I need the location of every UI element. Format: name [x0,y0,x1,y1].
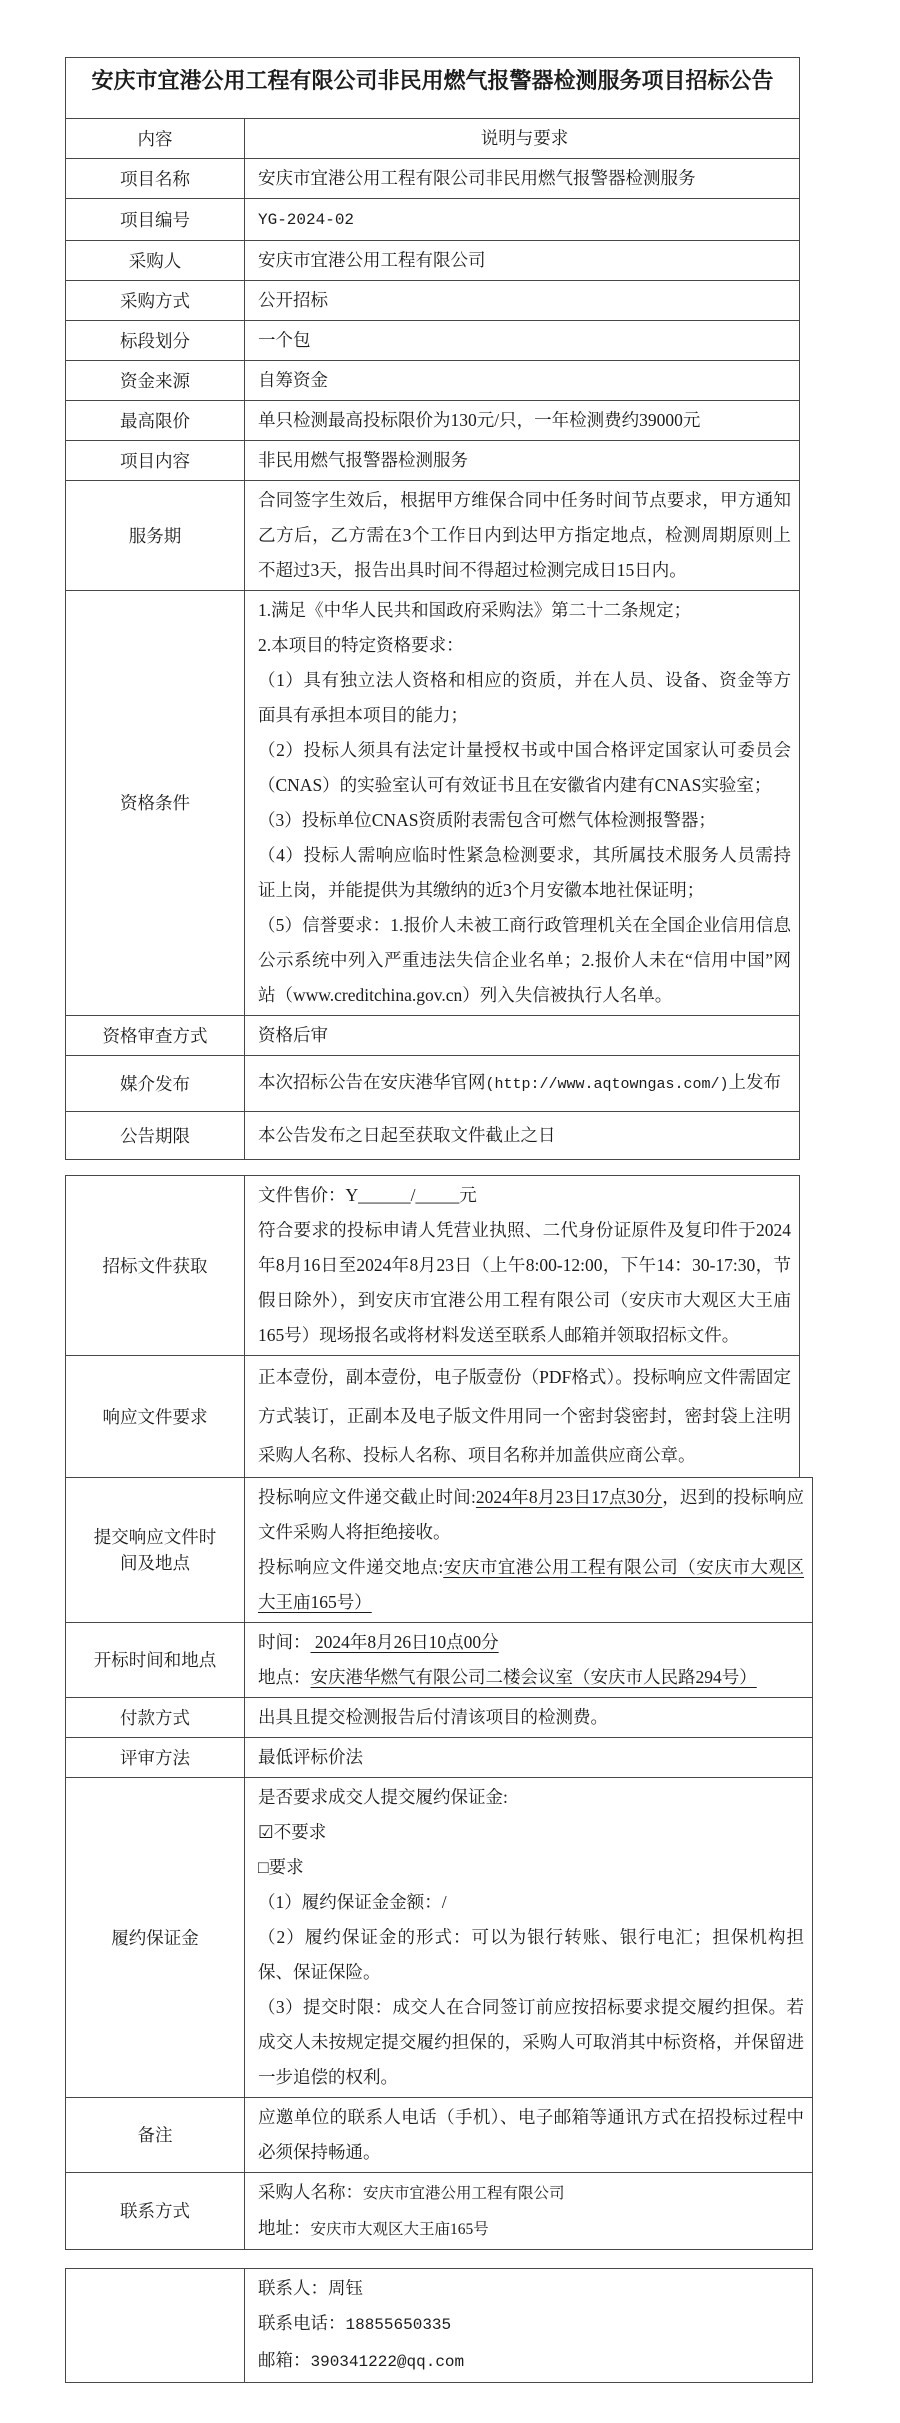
row-label: 开标时间和地点 [66,1623,245,1697]
cell-text: 文件售价：Y______/_____元 符合要求的投标申请人凭营业执照、二代身份… [258,1178,791,1353]
row-value: 最低评标价法 [245,1738,812,1777]
row-label: 响应文件要求 [66,1356,245,1477]
row-label: 评审方法 [66,1738,245,1777]
cell-text: 出具且提交检测报告后付清该项目的检测费。 [258,1700,804,1735]
bidding-procedure-table-upper: 招标文件获取 文件售价：Y______/_____元 符合要求的投标申请人凭营业… [65,1175,800,1478]
row-value: 联系人：周钰 联系电话：18855650335 邮箱：390341222@qq.… [245,2269,812,2382]
cell-text: 本公告发布之日起至获取文件截止之日 [258,1118,791,1153]
row-contact-person: 联系人：周钰 联系电话：18855650335 邮箱：390341222@qq.… [66,2269,812,2382]
purchaser-name-line: 采购人名称：安庆市宜港公用工程有限公司 [258,2175,804,2211]
row-max-price: 最高限价 单只检测最高投标限价为130元/只，一年检测费约39000元 [66,400,799,440]
row-submission-time-place: 提交响应文件时 间及地点 投标响应文件递交截止时间:2024年8月23日17点3… [66,1478,812,1622]
row-project-name: 项目名称 安庆市宜港公用工程有限公司非民用燃气报警器检测服务 [66,158,799,198]
row-project-number: 项目编号 YG-2024-02 [66,198,799,240]
contact-person-table: 联系人：周钰 联系电话：18855650335 邮箱：390341222@qq.… [65,2268,813,2383]
contact-person-label: 联系人： [258,2278,328,2298]
row-label: 公告期限 [66,1112,245,1159]
row-payment-method: 付款方式 出具且提交检测报告后付清该项目的检测费。 [66,1697,812,1737]
row-label: 最高限价 [66,401,245,440]
row-label: 项目内容 [66,441,245,480]
row-label: 服务期 [66,481,245,590]
cell-text: 安庆市宜港公用工程有限公司 [258,243,791,278]
row-value: 资格后审 [245,1016,799,1055]
row-label: 资格审查方式 [66,1016,245,1055]
row-label: 媒介发布 [66,1056,245,1111]
contact-phone-line: 联系电话：18855650335 [258,2306,804,2343]
document-title-row: 安庆市宜港公用工程有限公司非民用燃气报警器检测服务项目招标公告 [66,58,799,118]
main-info-table: 安庆市宜港公用工程有限公司非民用燃气报警器检测服务项目招标公告 内容 说明与要求… [65,57,800,1160]
contact-email-label: 邮箱： [258,2350,311,2370]
row-label: 标段划分 [66,321,245,360]
row-value: 应邀单位的联系人电话（手机）、电子邮箱等通讯方式在招投标过程中必须保持畅通。 [245,2098,812,2172]
empty-label-cell [66,2269,245,2382]
cell-text: 非民用燃气报警器检测服务 [258,443,791,478]
table-header-row: 内容 说明与要求 [66,118,799,158]
row-purchaser: 采购人 安庆市宜港公用工程有限公司 [66,240,799,280]
row-qualification-requirements: 资格条件 1.满足《中华人民共和国政府采购法》第二十二条规定； 2.本项目的特定… [66,590,799,1015]
row-value: 非民用燃气报警器检测服务 [245,441,799,480]
contact-phone-value: 18855650335 [346,2316,452,2334]
media-text-suffix: 上发布 [729,1072,782,1092]
bidding-procedure-table-lower: 提交响应文件时 间及地点 投标响应文件递交截止时间:2024年8月23日17点3… [65,1477,813,2250]
contact-person-line: 联系人：周钰 [258,2271,804,2306]
row-value: 合同签字生效后，根据甲方维保合同中任务时间节点要求，甲方通知乙方后，乙方需在3个… [245,481,799,590]
row-value: 一个包 [245,321,799,360]
contact-email-line: 邮箱：390341222@qq.com [258,2343,804,2380]
purchaser-address-line: 地址：安庆市大观区大王庙165号 [258,2211,804,2247]
row-value: 正本壹份，副本壹份，电子版壹份（PDF格式）。投标响应文件需固定方式装订，正副本… [245,1356,799,1477]
submission-deadline: 2024年8月23日17点30分 [476,1487,662,1507]
row-value: 本次招标公告在安庆港华官网(http://www.aqtowngas.com/)… [245,1056,799,1111]
row-procurement-method: 采购方式 公开招标 [66,280,799,320]
row-service-period: 服务期 合同签字生效后，根据甲方维保合同中任务时间节点要求，甲方通知乙方后，乙方… [66,480,799,590]
row-value: 单只检测最高投标限价为130元/只，一年检测费约39000元 [245,401,799,440]
row-value: 安庆市宜港公用工程有限公司 [245,241,799,280]
contact-phone-label: 联系电话： [258,2313,346,2333]
purchaser-address-label: 地址： [258,2218,311,2238]
bid-opening-time: 2024年8月26日10点00分 [311,1632,499,1652]
document-title: 安庆市宜港公用工程有限公司非民用燃气报警器检测服务项目招标公告 [66,58,799,118]
row-project-content: 项目内容 非民用燃气报警器检测服务 [66,440,799,480]
row-value: 文件售价：Y______/_____元 符合要求的投标申请人凭营业执照、二代身份… [245,1176,799,1355]
cell-text: 投标响应文件递交截止时间:2024年8月23日17点30分，迟到的投标响应文件采… [258,1480,804,1620]
cell-text: 资格后审 [258,1018,791,1053]
contact-email-value: 390341222@qq.com [311,2353,465,2371]
official-website-url: (http://www.aqtowngas.com/) [486,1076,729,1093]
bid-opening-time-line: 时间： 2024年8月26日10点00分 [258,1625,804,1660]
purchaser-name-label: 采购人名称： [258,2182,363,2202]
cell-text: 一个包 [258,323,791,358]
row-label: 备注 [66,2098,245,2172]
purchaser-name-value: 安庆市宜港公用工程有限公司 [363,2185,565,2202]
row-contact-info: 联系方式 采购人名称：安庆市宜港公用工程有限公司 地址：安庆市大观区大王庙165… [66,2172,812,2249]
row-remarks: 备注 应邀单位的联系人电话（手机）、电子邮箱等通讯方式在招投标过程中必须保持畅通… [66,2097,812,2172]
row-value: 自筹资金 [245,361,799,400]
row-value: 投标响应文件递交截止时间:2024年8月23日17点30分，迟到的投标响应文件采… [245,1478,812,1622]
row-media-publication: 媒介发布 本次招标公告在安庆港华官网(http://www.aqtowngas.… [66,1055,799,1111]
tender-announcement-document: 安庆市宜港公用工程有限公司非民用燃气报警器检测服务项目招标公告 内容 说明与要求… [0,0,900,2423]
row-value: 公开招标 [245,281,799,320]
row-label: 联系方式 [66,2173,245,2249]
row-label: 资金来源 [66,361,245,400]
row-value: 本公告发布之日起至获取文件截止之日 [245,1112,799,1159]
bid-opening-place-line: 地点：安庆港华燃气有限公司二楼会议室（安庆市人民路294号） [258,1660,804,1695]
row-announcement-period: 公告期限 本公告发布之日起至获取文件截止之日 [66,1111,799,1159]
cell-text: 合同签字生效后，根据甲方维保合同中任务时间节点要求，甲方通知乙方后，乙方需在3个… [258,483,791,588]
media-text-prefix: 本次招标公告在安庆港华官网 [258,1072,486,1092]
row-label: 项目编号 [66,199,245,240]
place-label: 地点： [258,1667,311,1687]
row-value: 安庆市宜港公用工程有限公司非民用燃气报警器检测服务 [245,159,799,198]
purchaser-address-value: 安庆市大观区大王庙165号 [311,2221,489,2238]
cell-text: YG-2024-02 [258,201,791,238]
column-header-content: 内容 [66,119,245,158]
time-label: 时间： [258,1632,311,1652]
row-label: 招标文件获取 [66,1176,245,1355]
cell-text: 自筹资金 [258,363,791,398]
contact-person-value: 周钰 [328,2278,363,2298]
cell-text: 本次招标公告在安庆港华官网(http://www.aqtowngas.com/)… [258,1065,791,1102]
row-funding-source: 资金来源 自筹资金 [66,360,799,400]
cell-text: 安庆市宜港公用工程有限公司非民用燃气报警器检测服务 [258,161,791,196]
row-evaluation-method: 评审方法 最低评标价法 [66,1737,812,1777]
cell-text: 最低评标价法 [258,1740,804,1775]
row-label: 采购人 [66,241,245,280]
cell-text: 正本壹份，副本壹份，电子版壹份（PDF格式）。投标响应文件需固定方式装订，正副本… [258,1358,791,1475]
row-value: 采购人名称：安庆市宜港公用工程有限公司 地址：安庆市大观区大王庙165号 [245,2173,812,2249]
row-label: 提交响应文件时 间及地点 [66,1478,245,1622]
row-label: 履约保证金 [66,1778,245,2097]
cell-text: 是否要求成交人提交履约保证金: ☑不要求 □要求 （1）履约保证金金额：/ （2… [258,1780,804,2095]
cell-text: 应邀单位的联系人电话（手机）、电子邮箱等通讯方式在招投标过程中必须保持畅通。 [258,2100,804,2170]
row-value: 1.满足《中华人民共和国政府采购法》第二十二条规定； 2.本项目的特定资格要求：… [245,591,799,1015]
row-label: 资格条件 [66,591,245,1015]
row-value: YG-2024-02 [245,199,799,240]
row-bid-opening: 开标时间和地点 时间： 2024年8月26日10点00分 地点：安庆港华燃气有限… [66,1622,812,1697]
row-response-document-requirements: 响应文件要求 正本壹份，副本壹份，电子版壹份（PDF格式）。投标响应文件需固定方… [66,1355,799,1477]
row-value: 是否要求成交人提交履约保证金: ☑不要求 □要求 （1）履约保证金金额：/ （2… [245,1778,812,2097]
row-value: 出具且提交检测报告后付清该项目的检测费。 [245,1698,812,1737]
cell-text: 1.满足《中华人民共和国政府采购法》第二十二条规定； 2.本项目的特定资格要求：… [258,593,791,1013]
deadline-prefix: 投标响应文件递交截止时间: [258,1487,476,1507]
cell-text: 单只检测最高投标限价为130元/只，一年检测费约39000元 [258,403,791,438]
column-header-requirements: 说明与要求 [245,119,799,158]
cell-text: 公开招标 [258,283,791,318]
row-label: 项目名称 [66,159,245,198]
row-label: 采购方式 [66,281,245,320]
row-performance-bond: 履约保证金 是否要求成交人提交履约保证金: ☑不要求 □要求 （1）履约保证金金… [66,1777,812,2097]
place-prefix: 投标响应文件递交地点: [258,1557,443,1577]
row-document-acquisition: 招标文件获取 文件售价：Y______/_____元 符合要求的投标申请人凭营业… [66,1176,799,1355]
row-lot-division: 标段划分 一个包 [66,320,799,360]
project-number-value: YG-2024-02 [258,211,354,229]
row-qualification-review: 资格审查方式 资格后审 [66,1015,799,1055]
row-value: 时间： 2024年8月26日10点00分 地点：安庆港华燃气有限公司二楼会议室（… [245,1623,812,1697]
row-label: 付款方式 [66,1698,245,1737]
bid-opening-place: 安庆港华燃气有限公司二楼会议室（安庆市人民路294号） [311,1667,757,1687]
